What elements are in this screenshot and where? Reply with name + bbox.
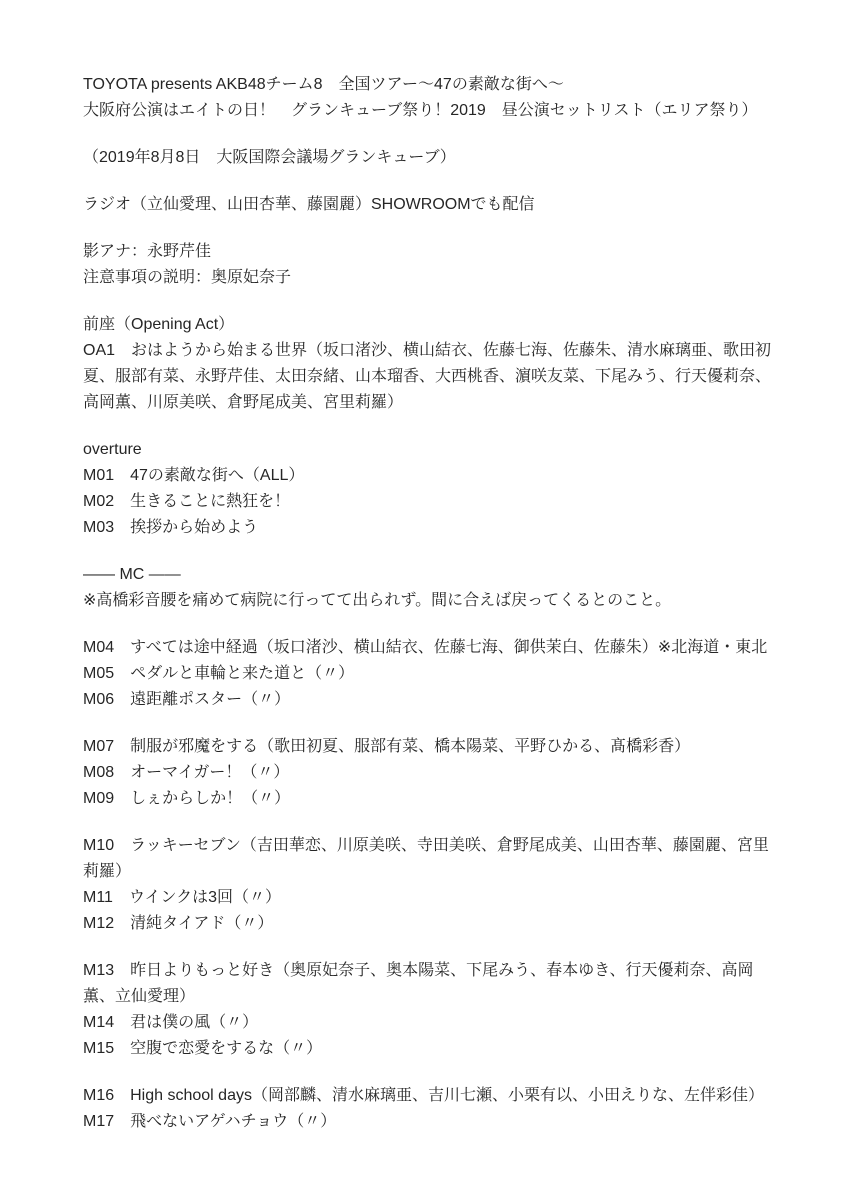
song-id: M12 [83, 915, 114, 932]
song-line-m05: M05ペダルと車輪と来た道と（〃） [83, 661, 783, 687]
song-title: 清純タイアド（〃） [130, 915, 273, 932]
announce-block: 影アナ：永野芹佳 注意事項の説明：奥原妃奈子 [83, 239, 783, 291]
song-title: 挨拶から始めよう [130, 519, 258, 536]
song-line-m01: M0147の素敵な街へ（ALL） [83, 463, 783, 489]
mc-header: —— MC —— [83, 562, 783, 588]
title-block: TOYOTA presents AKB48チーム8 全国ツアー〜47の素敵な街へ… [83, 72, 783, 124]
title-line-2: 大阪府公演はエイトの日！ グランキューブ祭り！2019 昼公演セットリスト（エリ… [83, 98, 783, 124]
song-line-m12: M12清純タイアド（〃） [83, 911, 783, 937]
song-line-m11: M11ウインクは3回（〃） [83, 885, 783, 911]
song-id: M01 [83, 467, 114, 484]
song-id: M06 [83, 691, 114, 708]
song-line-m14: M14君は僕の風（〃） [83, 1010, 783, 1036]
song-id: M14 [83, 1014, 114, 1031]
shadow-announcer-line: 影アナ：永野芹佳 [83, 239, 783, 265]
song-id: M17 [83, 1113, 114, 1130]
song-title: 飛べないアゲハチョウ（〃） [130, 1113, 336, 1130]
overture-header: overture [83, 437, 783, 463]
song-id: M04 [83, 639, 114, 656]
song-line-m06: M06遠距離ポスター（〃） [83, 687, 783, 713]
song-title: 制服が邪魔をする（歌田初夏、服部有菜、橋本陽菜、平野ひかる、髙橋彩香） [130, 738, 690, 755]
song-id: M16 [83, 1087, 114, 1104]
song-id: M03 [83, 519, 114, 536]
date-line: （2019年8月8日 大阪国際会議場グランキューブ） [83, 145, 783, 171]
song-title: ラッキーセブン（吉田華恋、川原美咲、寺田美咲、倉野尾成美、山田杏華、藤園麗、宮里… [83, 837, 769, 880]
song-title: ペダルと車輪と来た道と（〃） [130, 665, 354, 682]
song-line-oa1: OA1おはようから始まる世界（坂口渚沙、横山結衣、佐藤七海、佐藤朱、清水麻璃亜、… [83, 338, 783, 416]
setlist-document: TOYOTA presents AKB48チーム8 全国ツアー〜47の素敵な街へ… [83, 72, 783, 1135]
date-block: （2019年8月8日 大阪国際会議場グランキューブ） [83, 145, 783, 171]
radio-block: ラジオ（立仙愛理、山田杏華、藤園麗）SHOWROOMでも配信 [83, 192, 783, 218]
song-line-m04: M04すべては途中経過（坂口渚沙、横山結衣、佐藤七海、御供茉白、佐藤朱）※北海道… [83, 635, 783, 661]
song-id: M07 [83, 738, 114, 755]
song-title: おはようから始まる世界（坂口渚沙、横山結衣、佐藤七海、佐藤朱、清水麻璃亜、歌田初… [83, 342, 771, 411]
song-line-m10: M10ラッキーセブン（吉田華恋、川原美咲、寺田美咲、倉野尾成美、山田杏華、藤園麗… [83, 833, 783, 885]
song-line-m15: M15空腹で恋愛をするな（〃） [83, 1036, 783, 1062]
opening-act-header: 前座（Opening Act） [83, 312, 783, 338]
song-title: ウインクは3回（〃） [129, 889, 281, 906]
song-id: M15 [83, 1040, 114, 1057]
radio-line: ラジオ（立仙愛理、山田杏華、藤園麗）SHOWROOMでも配信 [83, 192, 783, 218]
song-title: すべては途中経過（坂口渚沙、横山結衣、佐藤七海、御供茉白、佐藤朱）※北海道・東北 [130, 639, 767, 656]
song-block-4: M13昨日よりもっと好き（奥原妃奈子、奥本陽菜、下尾みう、春本ゆき、行天優莉奈、… [83, 958, 783, 1062]
song-id: M11 [83, 889, 113, 906]
song-line-m16: M16High school days（岡部麟、清水麻璃亜、吉川七瀬、小栗有以、… [83, 1083, 783, 1109]
overture-block: overture M0147の素敵な街へ（ALL） M02生きることに熱狂を！ … [83, 437, 783, 541]
mc-note: ※高橋彩音腰を痛めて病院に行ってて出られず。間に合えば戻ってくるとのこと。 [83, 588, 783, 614]
song-title: High school days（岡部麟、清水麻璃亜、吉川七瀬、小栗有以、小田え… [130, 1087, 764, 1104]
song-id: M02 [83, 493, 114, 510]
song-title: 遠距離ポスター（〃） [130, 691, 290, 708]
song-line-m17: M17飛べないアゲハチョウ（〃） [83, 1109, 783, 1135]
song-title: 空腹で恋愛をするな（〃） [130, 1040, 322, 1057]
song-id: M13 [83, 962, 114, 979]
song-title: しぇからしか！（〃） [130, 790, 290, 807]
mc-block: —— MC —— ※高橋彩音腰を痛めて病院に行ってて出られず。間に合えば戻ってく… [83, 562, 783, 614]
song-block-3: M10ラッキーセブン（吉田華恋、川原美咲、寺田美咲、倉野尾成美、山田杏華、藤園麗… [83, 833, 783, 937]
song-block-1: M04すべては途中経過（坂口渚沙、横山結衣、佐藤七海、御供茉白、佐藤朱）※北海道… [83, 635, 783, 713]
song-line-m09: M09しぇからしか！（〃） [83, 786, 783, 812]
song-title: 47の素敵な街へ（ALL） [130, 467, 304, 484]
notes-explainer-line: 注意事項の説明：奥原妃奈子 [83, 265, 783, 291]
song-title: 君は僕の風（〃） [130, 1014, 258, 1031]
song-block-5: M16High school days（岡部麟、清水麻璃亜、吉川七瀬、小栗有以、… [83, 1083, 783, 1135]
song-line-m02: M02生きることに熱狂を！ [83, 489, 783, 515]
song-title: 昨日よりもっと好き（奥原妃奈子、奥本陽菜、下尾みう、春本ゆき、行天優莉奈、高岡薫… [83, 962, 754, 1005]
song-title: オーマイガー！（〃） [130, 764, 289, 781]
opening-act-block: 前座（Opening Act） OA1おはようから始まる世界（坂口渚沙、横山結衣… [83, 312, 783, 416]
song-id: M08 [83, 764, 114, 781]
song-block-2: M07制服が邪魔をする（歌田初夏、服部有菜、橋本陽菜、平野ひかる、髙橋彩香） M… [83, 734, 783, 812]
song-line-m03: M03挨拶から始めよう [83, 515, 783, 541]
song-line-m08: M08オーマイガー！（〃） [83, 760, 783, 786]
title-line-1: TOYOTA presents AKB48チーム8 全国ツアー〜47の素敵な街へ… [83, 72, 783, 98]
song-title: 生きることに熱狂を！ [130, 493, 290, 510]
song-id: M09 [83, 790, 114, 807]
song-line-m13: M13昨日よりもっと好き（奥原妃奈子、奥本陽菜、下尾みう、春本ゆき、行天優莉奈、… [83, 958, 783, 1010]
song-line-m07: M07制服が邪魔をする（歌田初夏、服部有菜、橋本陽菜、平野ひかる、髙橋彩香） [83, 734, 783, 760]
song-id: OA1 [83, 342, 115, 359]
song-id: M05 [83, 665, 114, 682]
song-id: M10 [83, 837, 114, 854]
